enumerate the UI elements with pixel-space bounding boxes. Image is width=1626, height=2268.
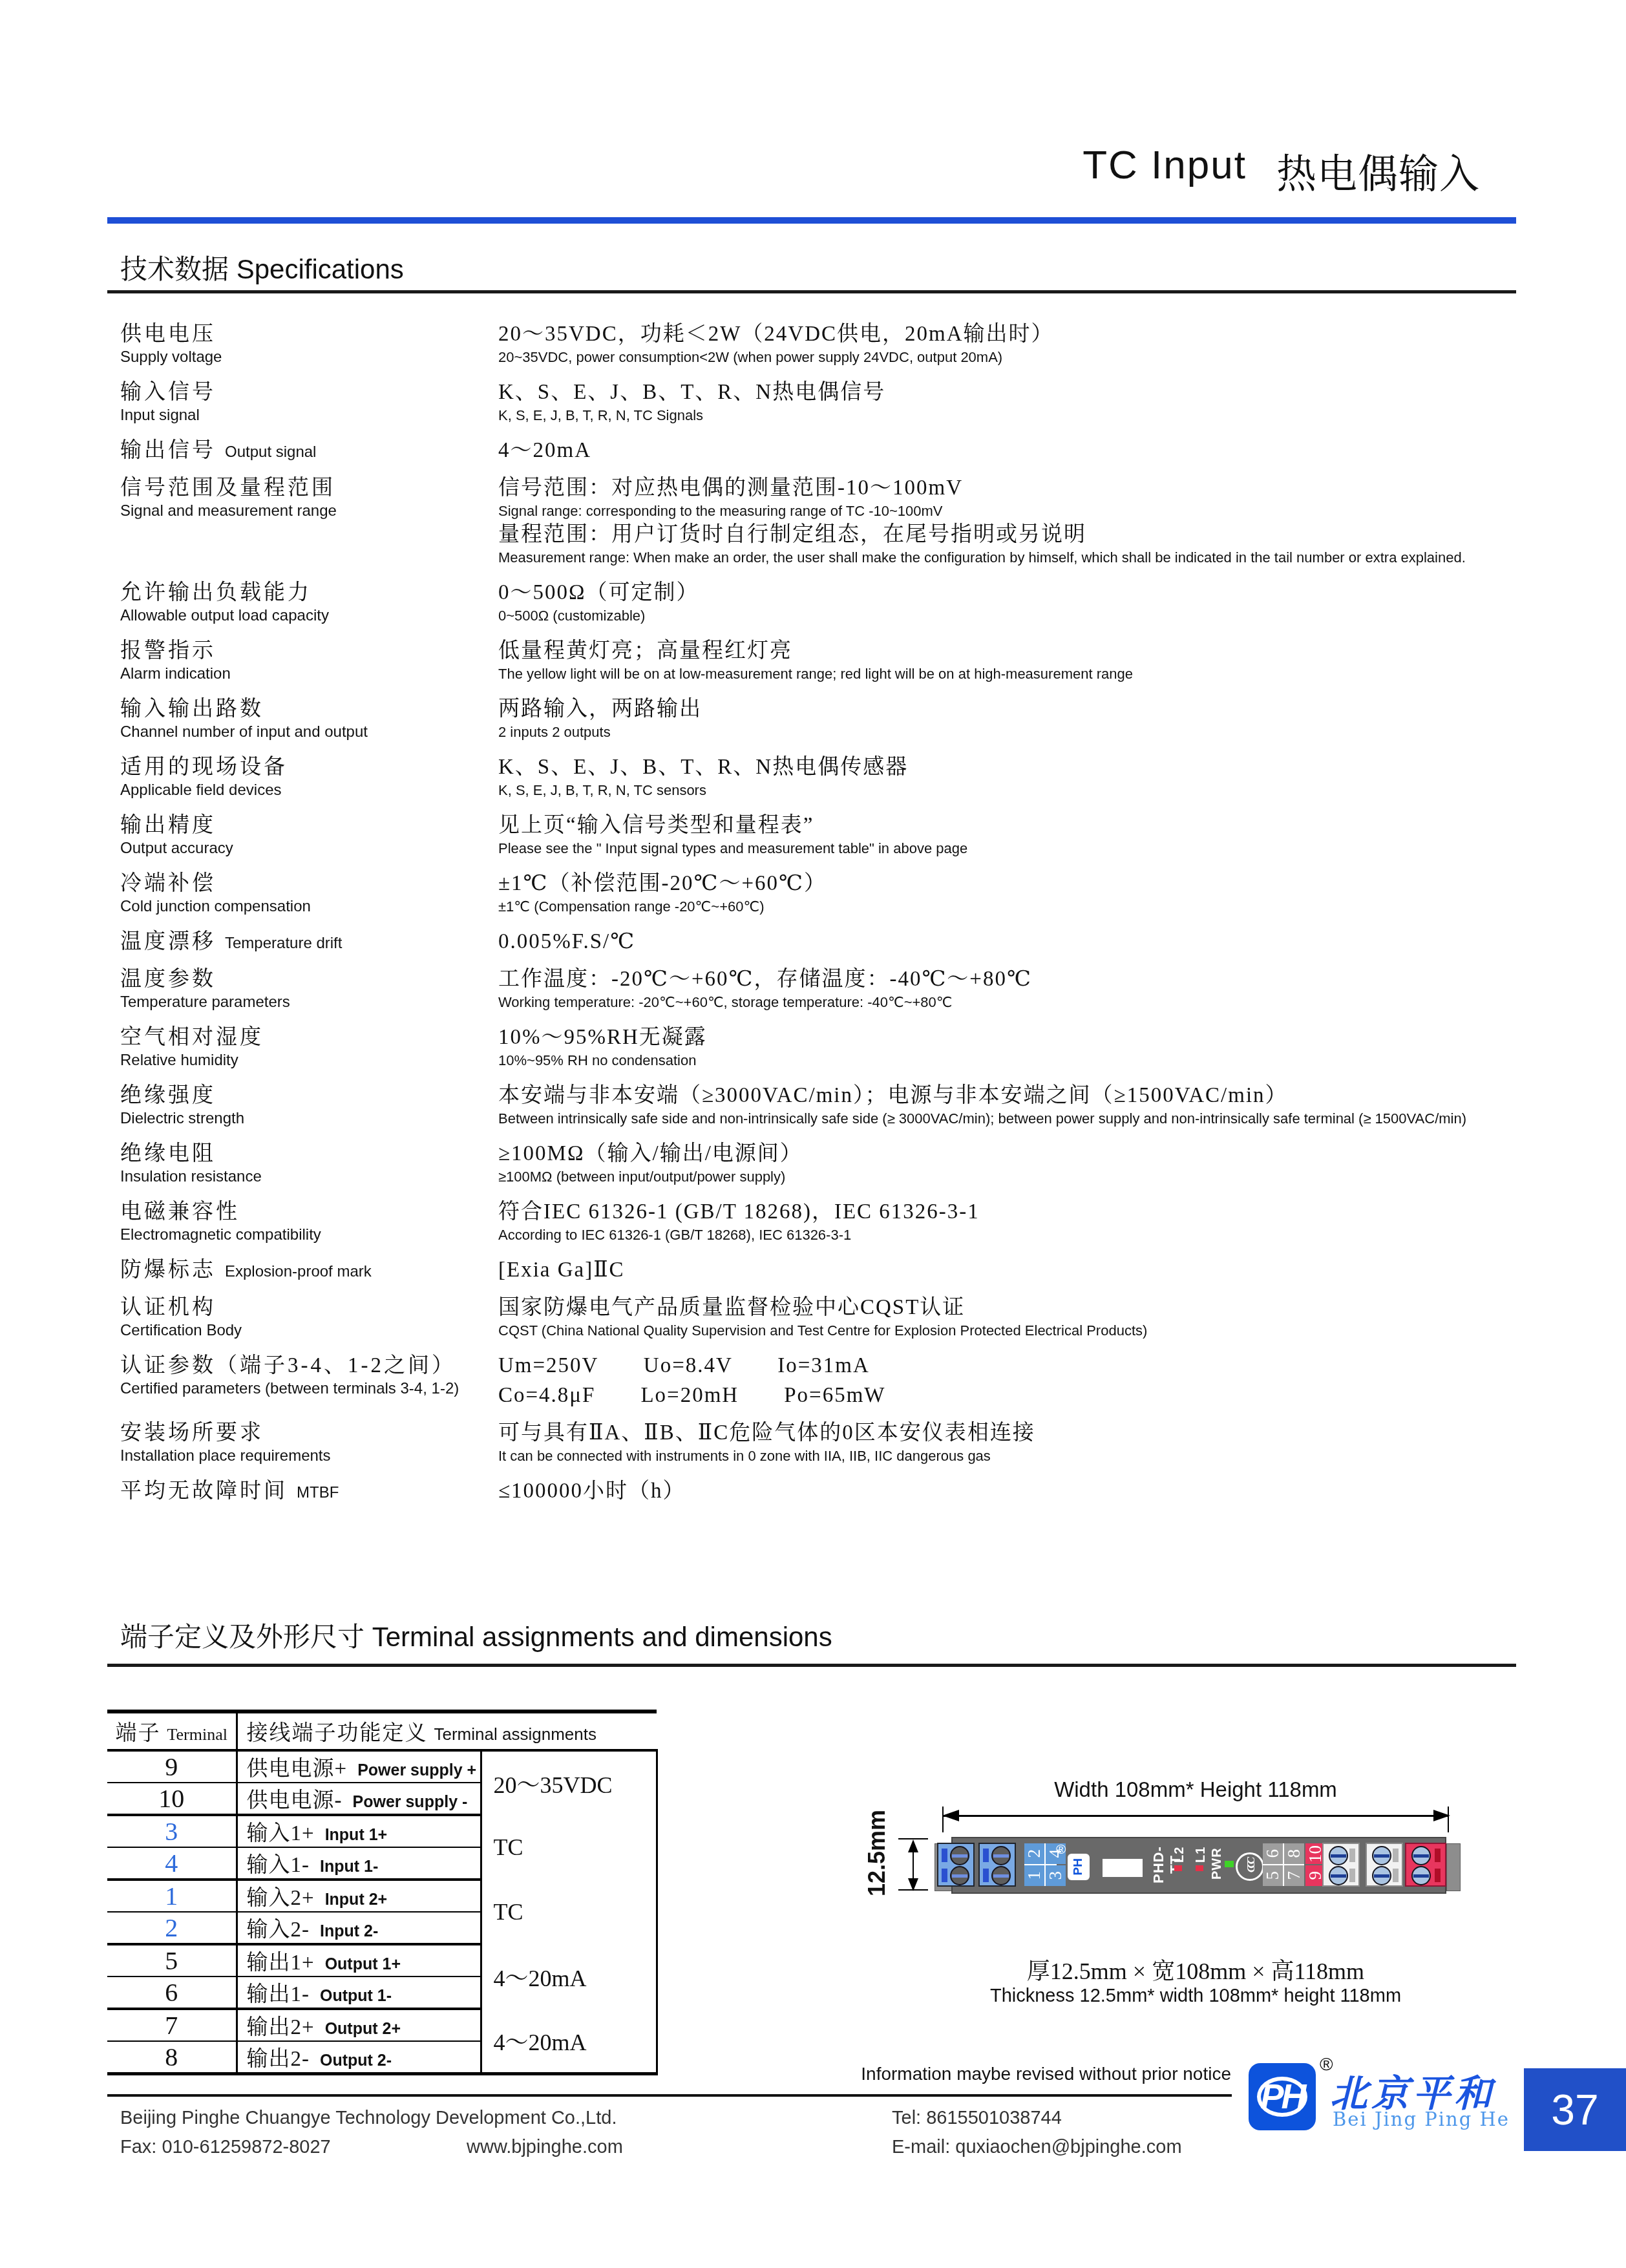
spec-label-zh: 允许输出负载能力 — [120, 580, 498, 606]
screw-icon — [1372, 1866, 1391, 1885]
spec-label-zh: 报警指示 — [120, 638, 498, 664]
spec-value: 两路输入，两路输出 — [498, 696, 1523, 722]
spec-value: 4～20mA — [498, 438, 1523, 463]
device-model: PHD-TT — [1150, 1844, 1167, 1885]
arrow-left-icon — [942, 1810, 959, 1821]
terminal-grid-number: 2 — [1024, 1849, 1044, 1858]
table-row: 3 输入1+Input 1+ TC — [107, 1815, 657, 1847]
screw-icon — [950, 1846, 969, 1865]
spec-value-en: Signal range: corresponding to the measu… — [498, 501, 1523, 522]
spec-value-en: 0~500Ω (customizable) — [498, 606, 1523, 626]
terminal-number: 9 — [107, 1750, 237, 1783]
spec-value-en: K, S, E, J, B, T, R, N, TC sensors — [498, 780, 1523, 801]
revision-notice: Information maybe revised without prior … — [861, 2064, 1231, 2084]
spec-value-en: ≥100MΩ (between input/output/power suppl… — [498, 1167, 1523, 1187]
terminal-block-white — [1366, 1843, 1403, 1887]
spec-value: 可与具有ⅡA、ⅡB、ⅡC危险气体的0区本安仪表相连接 — [498, 1420, 1523, 1446]
spec-row: 冷端补偿Cold junction compensation ±1℃（补偿范围-… — [120, 871, 1523, 917]
specifications-list: 供电电压Supply voltage 20～35VDC，功耗＜2W（24VDC供… — [120, 321, 1523, 1516]
spec-label-en: Temperature parameters — [120, 992, 498, 1013]
arrow-down-icon — [908, 1878, 918, 1891]
terminal-number: 6 — [107, 1977, 237, 2009]
spec-label-zh: 绝缘电阻 — [120, 1141, 498, 1167]
website-link[interactable]: www.bjpinghe.com — [467, 2137, 623, 2158]
function-zh: 输出2- — [247, 2048, 310, 2071]
terminal-block-red — [1405, 1843, 1446, 1887]
terminal-grid-number: 3 — [1046, 1871, 1066, 1880]
spec-label-zh: 平均无故障时间 — [120, 1479, 288, 1503]
function-zh: 输入2+ — [247, 1887, 315, 1910]
spec-row: 允许输出负载能力Allowable output load capacity 0… — [120, 580, 1523, 626]
led-red-icon — [1196, 1865, 1203, 1871]
spec-value: 0～500Ω（可定制） — [498, 580, 1523, 606]
terminal-block-blue — [978, 1843, 1016, 1887]
footer-rule — [107, 2094, 1232, 2097]
spec-row: 信号范围及量程范围Signal and measurement range 信号… — [120, 475, 1523, 568]
led-red-icon — [1174, 1865, 1182, 1871]
table-row: 9 供电电源+Power supply + 20～35VDC — [107, 1750, 657, 1783]
spec-label-en: MTBF — [297, 1484, 339, 1501]
spec-label-en: Supply voltage — [120, 347, 498, 368]
spec-label-zh: 温度参数 — [120, 966, 498, 992]
spec-value: 20～35VDC，功耗＜2W（24VDC供电，20mA输出时） — [498, 321, 1523, 347]
function-en: Output 1- — [320, 1987, 392, 2005]
screw-icon — [991, 1866, 1011, 1885]
signal-value: 4～20mA — [481, 2009, 657, 2074]
spec-label-zh: 认证机构 — [120, 1295, 498, 1320]
terminal-number: 3 — [107, 1815, 237, 1847]
table-row: 7 输出2+Output 2+ 4～20mA — [107, 2009, 657, 2041]
spec-label-en: Alarm indication — [120, 664, 498, 684]
spec-value-en: 20~35VDC, power consumption<2W (when pow… — [498, 347, 1523, 368]
spec-label-zh: 输出信号 — [120, 439, 216, 462]
spec-label-zh: 冷端补偿 — [120, 871, 498, 896]
led-label-pwr: PWR — [1210, 1845, 1224, 1882]
ph-logo-icon: PH — [1068, 1854, 1090, 1880]
function-zh: 输出1- — [247, 1983, 310, 2006]
terminal-block-blue — [937, 1843, 975, 1887]
page-title-zh: 热电偶输入 — [1276, 142, 1480, 200]
terminal-section-heading: 端子定义及外形尺寸 Terminal assignments and dimen… — [120, 1616, 832, 1655]
spec-row: 适用的现场设备Applicable field devices K、S、E、J、… — [120, 754, 1523, 801]
terminal-number-grid-blue: 2 4 1 3 — [1024, 1843, 1057, 1886]
terminal-grid-number: 5 — [1263, 1871, 1283, 1880]
spec-row: 平均无故障时间MTBF ≤100000小时（h） — [120, 1478, 1523, 1504]
spec-label-en: Output accuracy — [120, 838, 498, 859]
terminal-number: 8 — [107, 2041, 237, 2074]
spec-value-en: It can be connected with instruments in … — [498, 1446, 1523, 1467]
function-zh: 输出1+ — [247, 1951, 315, 1975]
col-header-terminal-en: Terminal — [167, 1725, 227, 1744]
spec-label-en: Signal and measurement range — [120, 501, 498, 522]
width-dimension-label: Width 108mm* Height 118mm — [940, 1777, 1451, 1802]
spec-row: 输入信号Input signal K、S、E、J、B、T、R、N热电偶信号K, … — [120, 379, 1523, 426]
function-en: Output 2+ — [325, 2020, 401, 2038]
spec-label-en: Certified parameters (between terminals … — [120, 1379, 498, 1399]
led-label-l2: L2 — [1172, 1843, 1187, 1865]
specifications-heading: 技术数据 Specifications — [120, 248, 404, 287]
spec-value: 见上页“输入信号类型和量程表” — [498, 812, 1523, 838]
led-label-l1: L1 — [1194, 1843, 1208, 1865]
spec-label-zh: 适用的现场设备 — [120, 754, 498, 780]
ccc-certification-icon: CCC — [1236, 1852, 1264, 1881]
arrow-right-icon — [1433, 1810, 1450, 1821]
spec-row: 输入输出路数Channel number of input and output… — [120, 696, 1523, 743]
company-name: Beijing Pinghe Chuangye Technology Devel… — [120, 2108, 617, 2129]
spec-label-en: Temperature drift — [225, 935, 342, 952]
spec-row: 温度参数Temperature parameters 工作温度：-20℃～+60… — [120, 966, 1523, 1013]
spec-row: 电磁兼容性Electromagnetic compatibility 符合IEC… — [120, 1199, 1523, 1245]
spec-value-en: Measurement range: When make an order, t… — [498, 547, 1523, 568]
spec-label-zh: 输出精度 — [120, 812, 498, 838]
terminal-number: 1 — [107, 1880, 237, 1912]
spec-value: ≥100MΩ（输入/输出/电源间） — [498, 1141, 1523, 1167]
spec-label-zh: 绝缘强度 — [120, 1083, 498, 1108]
function-en: Input 1- — [320, 1858, 378, 1876]
screw-icon — [950, 1866, 969, 1885]
terminal-number: 10 — [107, 1783, 237, 1815]
spec-row: 防爆标志Explosion-proof mark [Exia Ga]ⅡC — [120, 1257, 1523, 1283]
function-zh: 供电电源- — [247, 1789, 343, 1812]
company-logo-icon: PH — [1249, 2063, 1316, 2130]
function-en: Input 1+ — [325, 1826, 388, 1844]
width-dimension-line — [944, 1815, 1449, 1817]
page-number-badge: 37 — [1524, 2068, 1626, 2151]
function-en: Power supply + — [357, 1761, 476, 1779]
terminal-block-white — [1322, 1843, 1360, 1887]
spec-label-zh: 供电电压 — [120, 321, 498, 347]
spec-value-en: Working temperature: -20℃~+60℃, storage … — [498, 992, 1523, 1013]
spec-label-en: Allowable output load capacity — [120, 606, 498, 626]
terminal-grid-number: 6 — [1263, 1849, 1283, 1858]
dimension-diagram: Width 108mm* Height 118mm 12.5mm 2 4 1 3… — [860, 1771, 1512, 2023]
company-logo-name-en: Bei Jing Ping He — [1333, 2108, 1510, 2130]
spec-value-en: Please see the " Input signal types and … — [498, 838, 1523, 859]
terminal-grid-number: 7 — [1284, 1871, 1304, 1880]
spec-value: ±1℃（补偿范围-20℃～+60℃） — [498, 871, 1523, 896]
function-en: Output 1+ — [325, 1955, 401, 1973]
terminal-section-rule — [107, 1664, 1516, 1667]
terminal-number: 7 — [107, 2009, 237, 2041]
spec-value: 0.005%F.S/℃ — [498, 929, 1523, 955]
screw-icon — [1329, 1866, 1348, 1885]
spec-row: 温度漂移Temperature drift 0.005%F.S/℃ — [120, 929, 1523, 955]
spec-label-en: Dielectric strength — [120, 1108, 498, 1129]
col-header-function-en: Terminal assignments — [434, 1724, 597, 1744]
spec-label-zh: 输入输出路数 — [120, 696, 498, 722]
dimensions-text-zh: 厚12.5mm × 宽108mm × 高118mm — [876, 1953, 1515, 1986]
function-zh: 输入2- — [247, 1918, 310, 1942]
spec-value-en: According to IEC 61326-1 (GB/T 18268), I… — [498, 1225, 1523, 1245]
table-row: 1 输入2+Input 2+ TC — [107, 1880, 657, 1912]
spec-row: 输出信号Output signal 4～20mA — [120, 438, 1523, 463]
spec-value: 本安端与非本安端（≥3000VAC/min）；电源与非本安端之间（≥1500VA… — [498, 1083, 1523, 1108]
spec-row: 供电电压Supply voltage 20～35VDC，功耗＜2W（24VDC供… — [120, 321, 1523, 368]
spec-label-en: Explosion-proof mark — [225, 1263, 372, 1280]
terminal-grid-number: 8 — [1284, 1849, 1304, 1858]
table-header-row: 端子Terminal 接线端子功能定义Terminal assignments — [107, 1712, 657, 1750]
specifications-rule — [107, 290, 1516, 293]
spec-label-zh: 安装场所要求 — [120, 1420, 498, 1446]
screw-icon — [1411, 1846, 1431, 1865]
spec-label-en: Installation place requirements — [120, 1446, 498, 1467]
spec-value-en: The yellow light will be on at low-measu… — [498, 664, 1523, 684]
spec-label-en: Channel number of input and output — [120, 722, 498, 743]
spec-value: Um=250V Uo=8.4V Io=31mA — [498, 1353, 1523, 1379]
spec-label-zh: 空气相对湿度 — [120, 1024, 498, 1050]
spec-label-zh: 信号范围及量程范围 — [120, 475, 498, 501]
spec-label-en: Cold junction compensation — [120, 896, 498, 917]
spec-value-en: K, S, E, J, B, T, R, N, TC Signals — [498, 405, 1523, 426]
spec-label-en: Relative humidity — [120, 1050, 498, 1071]
spec-value: [Exia Ga]ⅡC — [498, 1257, 1523, 1283]
spec-value: K、S、E、J、B、T、R、N热电偶信号 — [498, 379, 1523, 405]
spec-label-en: Input signal — [120, 405, 498, 426]
thickness-dimension-label: 12.5mm — [863, 1834, 891, 1896]
spec-value-en: ±1℃ (Compensation range -20℃~+60℃) — [498, 896, 1523, 917]
function-en: Output 2- — [320, 2051, 392, 2070]
fax-number: Fax: 010-61259872-8027 — [120, 2137, 331, 2158]
terminal-assignments-table: 端子Terminal 接线端子功能定义Terminal assignments … — [107, 1710, 658, 2075]
spec-row: 认证机构Certification Body 国家防爆电气产品质量监督检验中心C… — [120, 1295, 1523, 1341]
spec-label-en: Output signal — [225, 443, 316, 461]
led-green-icon — [1225, 1861, 1234, 1867]
page-number: 37 — [1551, 2085, 1598, 2134]
spec-value: K、S、E、J、B、T、R、N热电偶传感器 — [498, 754, 1523, 780]
arrow-up-icon — [908, 1839, 918, 1852]
spec-value: 国家防爆电气产品质量监督检验中心CQST认证 — [498, 1295, 1523, 1320]
screw-icon — [1329, 1846, 1348, 1865]
spec-value: 工作温度：-20℃～+60℃，存储温度：-40℃～+80℃ — [498, 966, 1523, 992]
terminal-number: 5 — [107, 1944, 237, 1977]
spec-label-en: Applicable field devices — [120, 780, 498, 801]
spec-value-en: Between intrinsically safe side and non-… — [498, 1108, 1523, 1129]
terminal-number: 4 — [107, 1847, 237, 1880]
spec-row: 空气相对湿度Relative humidity 10%～95%RH无凝露10%~… — [120, 1024, 1523, 1071]
spec-row: 绝缘强度Dielectric strength 本安端与非本安端（≥3000VA… — [120, 1083, 1523, 1129]
function-zh: 供电电源+ — [247, 1757, 348, 1781]
function-en: Input 2- — [320, 1922, 378, 1940]
col-header-function-zh: 接线端子功能定义 — [247, 1722, 428, 1745]
spec-row: 报警指示Alarm indication 低量程黄灯亮；高量程红灯亮The ye… — [120, 638, 1523, 684]
signal-value: 20～35VDC — [481, 1750, 657, 1815]
email-address[interactable]: E-mail: quxiaochen@bjpinghe.com — [892, 2137, 1182, 2158]
function-en: Power supply - — [353, 1793, 468, 1811]
spec-row: 输出精度Output accuracy 见上页“输入信号类型和量程表”Pleas… — [120, 812, 1523, 859]
dimensions-text-en: Thickness 12.5mm* width 108mm* height 11… — [876, 1986, 1515, 2007]
function-zh: 输入1- — [247, 1854, 310, 1877]
spec-value-en: 2 inputs 2 outputs — [498, 722, 1523, 743]
spec-value: 10%～95%RH无凝露 — [498, 1024, 1523, 1050]
spec-label-zh: 电磁兼容性 — [120, 1199, 498, 1225]
spec-label-en: Insulation resistance — [120, 1167, 498, 1187]
screw-icon — [1411, 1866, 1431, 1885]
spec-label-zh: 输入信号 — [120, 379, 498, 405]
function-en: Input 2+ — [325, 1891, 388, 1909]
signal-value: TC — [481, 1815, 657, 1880]
spec-label-en: Certification Body — [120, 1320, 498, 1341]
terminal-number-grid-right: 6 8 10 5 7 9 — [1263, 1843, 1304, 1886]
table-row: 5 输出1+Output 1+ 4～20mA — [107, 1944, 657, 1977]
spec-label-zh: 防爆标志 — [120, 1258, 216, 1282]
signal-value: TC — [481, 1880, 657, 1944]
screw-icon — [991, 1846, 1011, 1865]
col-header-terminal-zh: 端子 — [116, 1722, 161, 1745]
spec-value-en: 10%~95% RH no condensation — [498, 1050, 1523, 1071]
page-title-en: TC Input — [1082, 142, 1247, 200]
function-zh: 输入1+ — [247, 1822, 315, 1845]
spec-value: Co=4.8μF Lo=20mH Po=65mW — [498, 1383, 1523, 1408]
spec-value-en: CQST (China National Quality Supervision… — [498, 1320, 1523, 1341]
spec-label-zh: 认证参数（端子3-4、1-2之间） — [120, 1353, 498, 1379]
spec-row: 安装场所要求Installation place requirements 可与… — [120, 1420, 1523, 1467]
terminal-grid-number: 1 — [1024, 1871, 1044, 1880]
terminal-number: 2 — [107, 1912, 237, 1944]
page-title: TC Input 热电偶输入 — [1082, 142, 1480, 200]
spec-row: 认证参数（端子3-4、1-2之间）Certified parameters (b… — [120, 1353, 1523, 1408]
device-label-window — [1103, 1859, 1143, 1877]
spec-label-en: Electromagnetic compatibility — [120, 1225, 498, 1245]
spec-value: 信号范围：对应热电偶的测量范围-10～100mV — [498, 475, 1523, 501]
spec-row: 绝缘电阻Insulation resistance ≥100MΩ（输入/输出/电… — [120, 1141, 1523, 1187]
telephone-number: Tel: 8615501038744 — [892, 2108, 1062, 2129]
device-end-tab — [1446, 1843, 1461, 1891]
spec-value: 量程范围：用户订货时自行制定组态，在尾号指明或另说明 — [498, 522, 1523, 547]
title-accent-rule — [107, 217, 1516, 224]
spec-label-zh: 温度漂移 — [120, 930, 216, 953]
spec-value: ≤100000小时（h） — [498, 1478, 1523, 1504]
registered-mark-icon: ® — [1056, 1842, 1066, 1858]
function-zh: 输出2+ — [247, 2016, 315, 2039]
signal-value: 4～20mA — [481, 1944, 657, 2009]
spec-value: 符合IEC 61326-1 (GB/T 18268)，IEC 61326-3-1 — [498, 1199, 1523, 1225]
screw-icon — [1372, 1846, 1391, 1865]
spec-value: 低量程黄灯亮；高量程红灯亮 — [498, 638, 1523, 664]
